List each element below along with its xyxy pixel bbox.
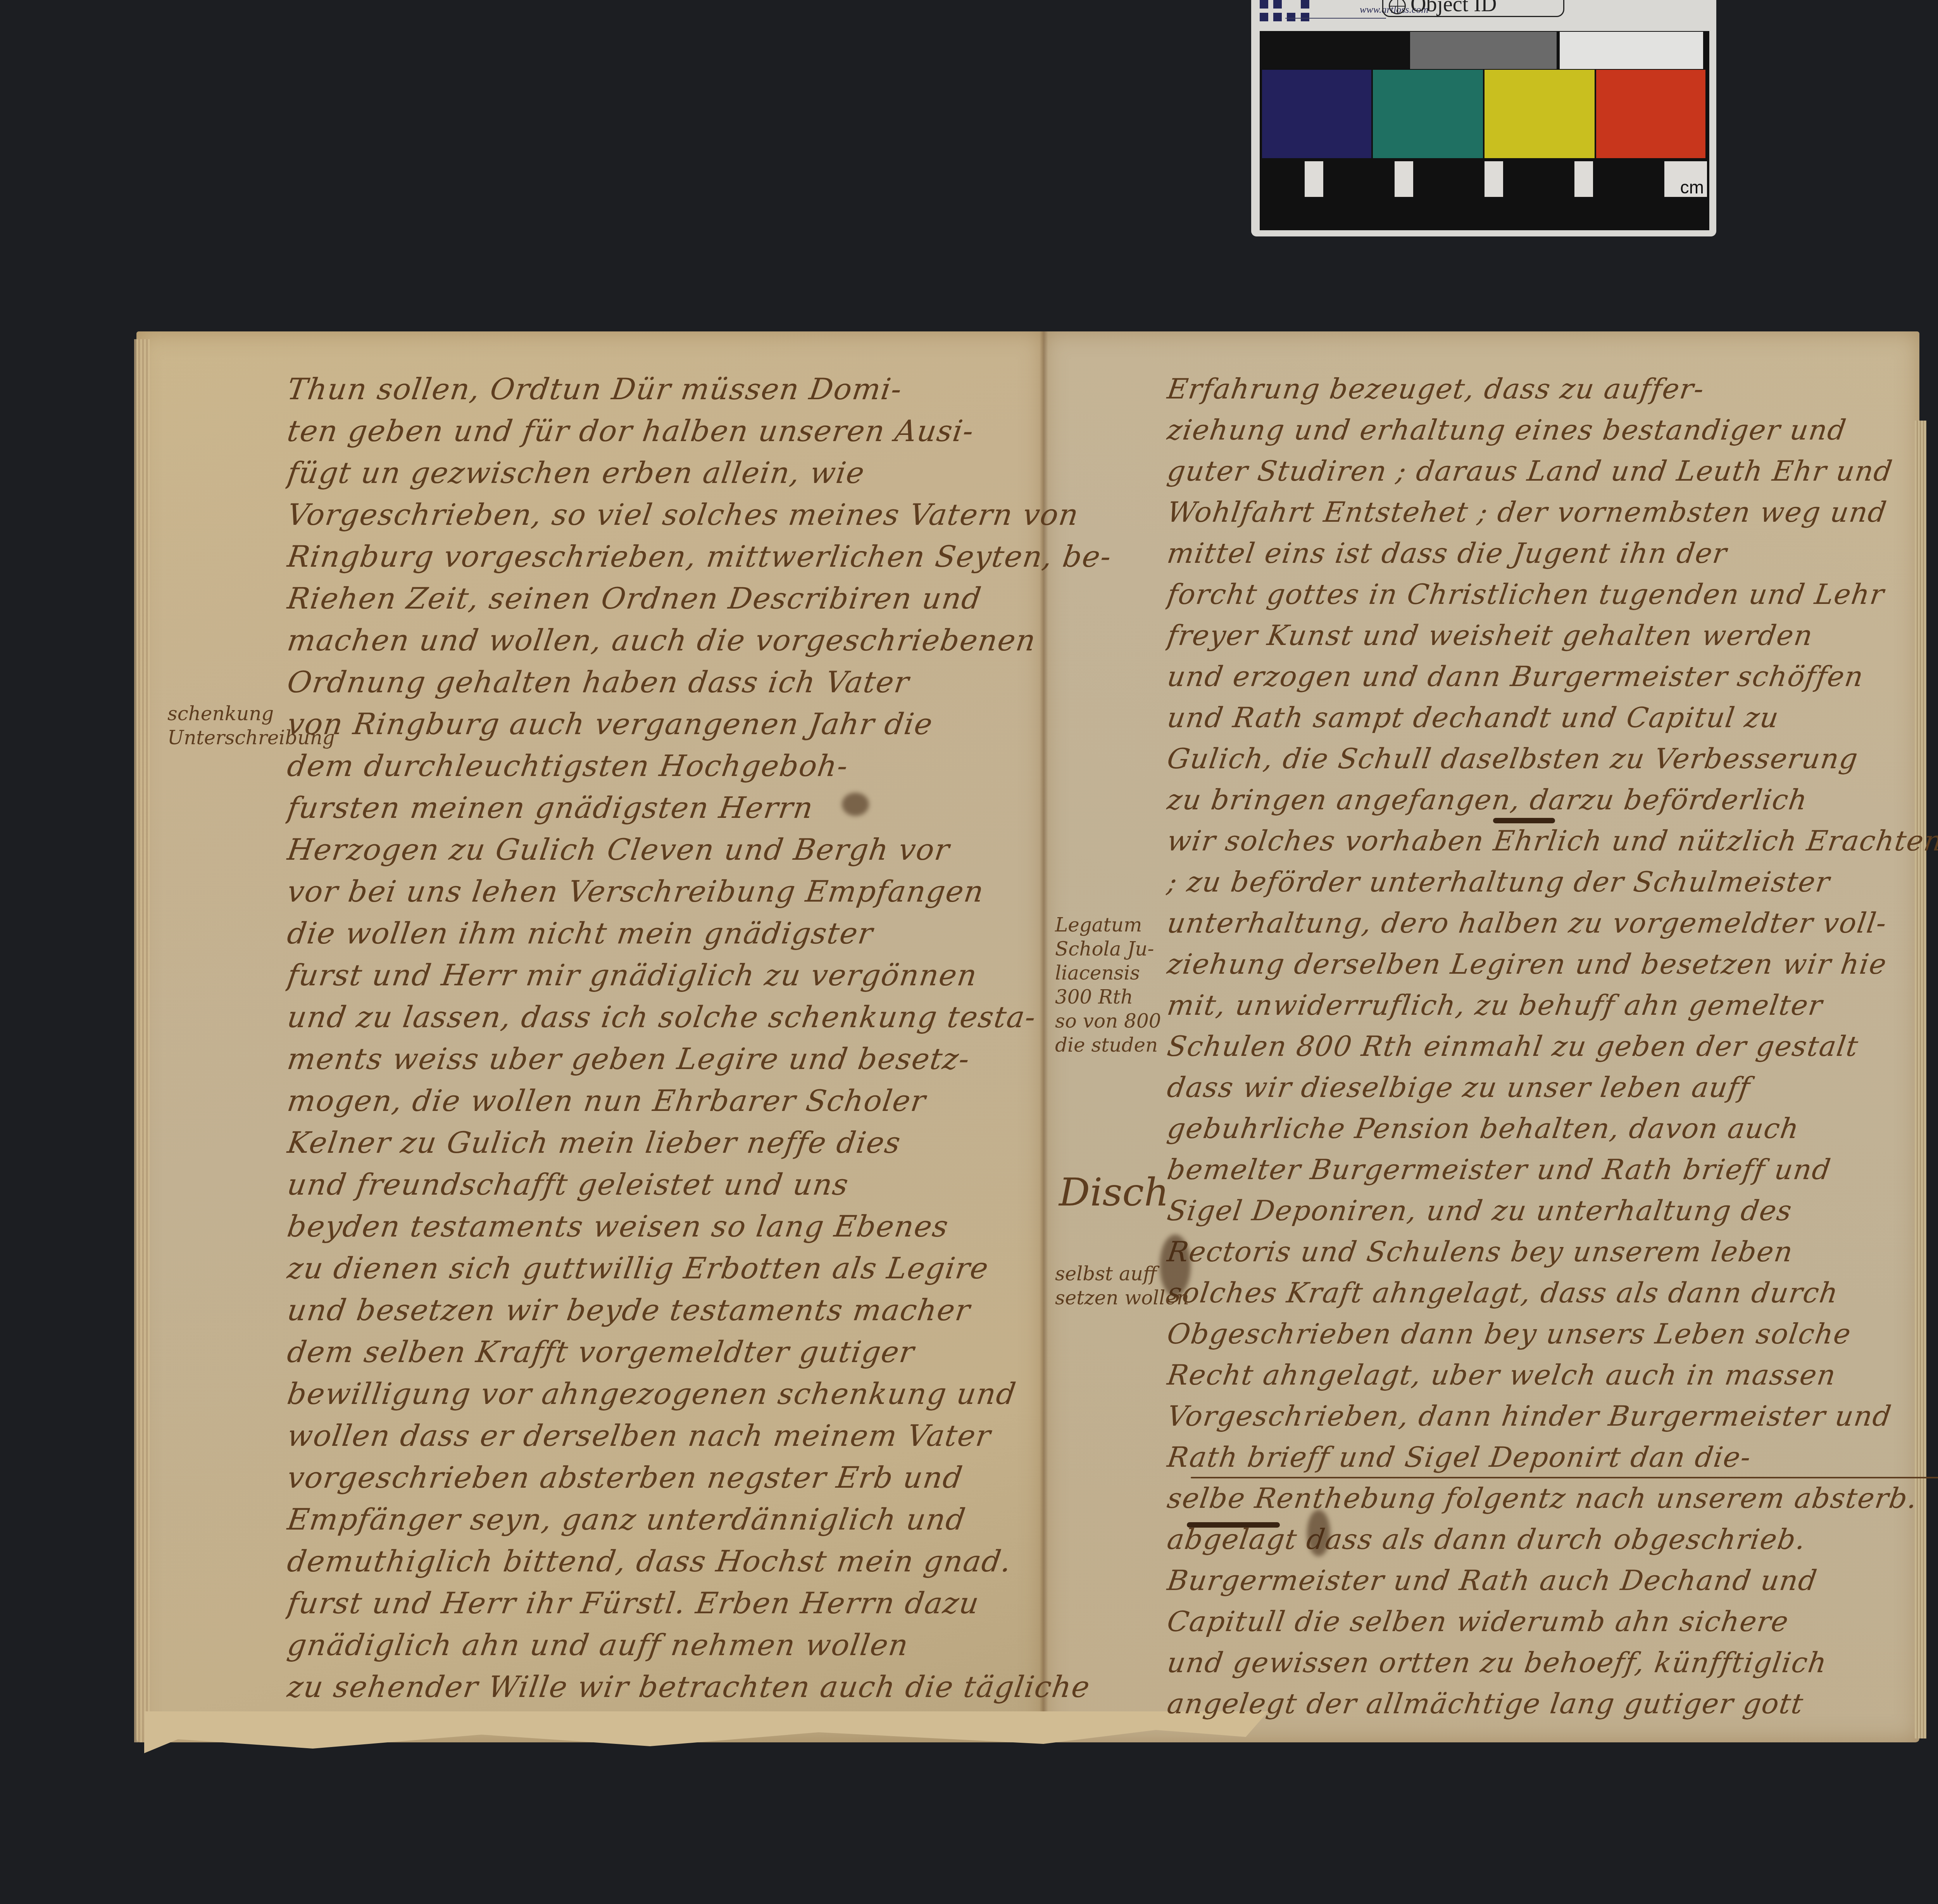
- manuscript-line: Rath brieff und Sigel Deponirt dan die-: [1165, 1437, 1938, 1478]
- manuscript-line: von Ringburg auch vergangenen Jahr die: [284, 703, 1155, 745]
- ink-blot: [1307, 1510, 1330, 1556]
- margin-note-left: schenkung Unterschreibung: [167, 702, 335, 750]
- manuscript-line: fursten meinen gnädigsten Herrn: [284, 787, 1155, 829]
- manuscript-line: abgelagt dass als dann durch obgeschrieb…: [1165, 1519, 1938, 1560]
- swatch-panel: cm: [1260, 31, 1709, 230]
- manuscript-line: angelegt der allmächtige lang gutiger go…: [1165, 1683, 1938, 1724]
- margin-note-disch: Disch: [1059, 1180, 1169, 1204]
- manuscript-line: dem selben Krafft vorgemeldter gutiger: [284, 1331, 1155, 1373]
- manuscript-line: dass wir dieselbige zu unser leben auff: [1165, 1067, 1938, 1108]
- manuscript-line: mogen, die wollen nun Ehrbarer Scholer: [284, 1080, 1155, 1122]
- manuscript-line: Wohlfahrt Entstehet ; der vornembsten we…: [1165, 492, 1938, 533]
- manuscript-line: Recht ahngelagt, uber welch auch in mass…: [1165, 1354, 1938, 1395]
- ink-blot: [842, 793, 869, 816]
- manuscript-line: ten geben und für dor halben unseren Aus…: [284, 410, 1155, 452]
- color-patches: [1262, 70, 1705, 158]
- black-patch: [1260, 32, 1410, 69]
- manuscript-line: Thun sollen, Ordtun Dür müssen Domi-: [284, 368, 1155, 410]
- card-logo-icon: [1260, 0, 1281, 20]
- blue-patch: [1262, 70, 1371, 158]
- manuscript-line: die wollen ihm nicht mein gnädigster: [284, 912, 1155, 954]
- manuscript-line: zu bringen angefangen, darzu beförderlic…: [1165, 779, 1938, 820]
- white-patch: [1560, 32, 1703, 69]
- red-patch: [1596, 70, 1705, 158]
- manuscript-line: ments weiss uber geben Legire und besetz…: [284, 1038, 1155, 1080]
- scale-tick: [1485, 161, 1503, 197]
- manuscript-line: machen und wollen, auch die vorgeschrieb…: [284, 619, 1155, 661]
- manuscript-line: guter Studiren ; daraus Land und Leuth E…: [1165, 450, 1938, 492]
- manuscript-line: zu sehender Wille wir betrachten auch di…: [284, 1666, 1155, 1708]
- manuscript-line: furst und Herr ihr Fürstl. Erben Herrn d…: [284, 1582, 1155, 1624]
- manuscript-line: Rectoris und Schulens bey unserem leben: [1165, 1231, 1938, 1272]
- left-page-text: Thun sollen, Ordtun Dür müssen Domi-ten …: [288, 368, 1152, 1708]
- scale-tick: [1395, 161, 1413, 197]
- manuscript-line: bewilligung vor ahngezogenen schenkung u…: [284, 1373, 1155, 1415]
- card-divider-line: [1285, 18, 1386, 19]
- manuscript-line: und erzogen und dann Burgermeister schöf…: [1165, 656, 1938, 697]
- yellow-patch: [1485, 70, 1595, 158]
- manuscript-line: Sigel Deponiren, und zu unterhaltung des: [1165, 1190, 1938, 1231]
- manuscript-line: ziehung derselben Legiren und besetzen w…: [1165, 943, 1938, 985]
- manuscript-line: Schulen 800 Rth einmahl zu geben der ges…: [1165, 1026, 1938, 1067]
- manuscript-line: ziehung und erhaltung eines bestandiger …: [1165, 409, 1938, 450]
- manuscript-line: furst und Herr mir gnädiglich zu vergönn…: [284, 954, 1155, 996]
- manuscript-line: und Rath sampt dechandt und Capitul zu: [1165, 697, 1938, 738]
- manuscript-line: Herzogen zu Gulich Cleven und Bergh vor: [284, 829, 1155, 871]
- manuscript-line: freyer Kunst und weisheit gehalten werde…: [1165, 615, 1938, 656]
- manuscript-line: und besetzen wir beyde testaments macher: [284, 1289, 1155, 1331]
- manuscript-line: Erfahrung bezeuget, dass zu auffer-: [1165, 368, 1938, 409]
- manuscript-line: Vorgeschrieben, so viel solches meines V…: [284, 494, 1155, 536]
- gray-patch: [1410, 32, 1557, 69]
- manuscript-line: gnädiglich ahn und auff nehmen wollen: [284, 1624, 1155, 1666]
- manuscript-line: Vorgeschrieben, dann hinder Burgermeiste…: [1165, 1395, 1938, 1437]
- scale-tick: [1574, 161, 1593, 197]
- manuscript-line: beyden testaments weisen so lang Ebenes: [284, 1206, 1155, 1247]
- manuscript-line: Obgeschrieben dann bey unsers Leben solc…: [1165, 1313, 1938, 1354]
- card-brand: Object ID: [1382, 0, 1564, 17]
- manuscript-line: bemelter Burgermeister und Rath brieff u…: [1165, 1149, 1938, 1190]
- manuscript-line: gebuhrliche Pension behalten, davon auch: [1165, 1108, 1938, 1149]
- strikethrough: [1493, 818, 1555, 823]
- manuscript-line: Ringburg vorgeschrieben, mittwerlichen S…: [284, 536, 1155, 578]
- manuscript-line: Kelner zu Gulich mein lieber neffe dies: [284, 1122, 1155, 1164]
- manuscript-line: fügt un gezwischen erben allein, wie: [284, 452, 1155, 494]
- manuscript-line: vorgeschrieben absterben negster Erb und: [284, 1457, 1155, 1499]
- cm-scale: cm: [1260, 159, 1709, 228]
- ink-blot: [1160, 1235, 1191, 1297]
- manuscript-line: und freundschafft geleistet und uns: [284, 1164, 1155, 1206]
- manuscript-line: Empfänger seyn, ganz unterdänniglich und: [284, 1499, 1155, 1540]
- manuscript-line: mit, unwiderruflich, zu behuff ahn gemel…: [1165, 985, 1938, 1026]
- scale-tick: [1305, 161, 1323, 197]
- manuscript-line: selbe Renthebung folgentz nach unserem a…: [1165, 1478, 1938, 1519]
- page-edges: [134, 339, 150, 1742]
- manuscript-line: Capitull die selben widerumb ahn sichere: [1165, 1601, 1938, 1642]
- manuscript-line: zu dienen sich guttwillig Erbotten als L…: [284, 1247, 1155, 1289]
- manuscript-line: wollen dass er derselben nach meinem Vat…: [284, 1415, 1155, 1457]
- right-page-text: Erfahrung bezeuget, dass zu auffer-ziehu…: [1167, 368, 1938, 1724]
- gray-patches: [1260, 32, 1709, 69]
- manuscript-line: mittel eins ist dass die Jugent ihn der: [1165, 533, 1938, 574]
- manuscript-line: und zu lassen, dass ich solche schenkung…: [284, 996, 1155, 1038]
- color-calibration-card: www.artloss.com Object ID cm: [1251, 0, 1716, 236]
- manuscript-line: wir solches vorhaben Ehrlich und nützlic…: [1165, 820, 1938, 861]
- green-patch: [1373, 70, 1483, 158]
- strikethrough: [1191, 1477, 1938, 1478]
- manuscript-line: und gewissen ortten zu behoeff, künfftig…: [1165, 1642, 1938, 1683]
- manuscript-line: Ordnung gehalten haben dass ich Vater: [284, 661, 1155, 703]
- manuscript-line: Burgermeister und Rath auch Dechand und: [1165, 1560, 1938, 1601]
- scale-tick: cm: [1664, 161, 1707, 197]
- manuscript-line: Gulich, die Schull daselbsten zu Verbess…: [1165, 738, 1938, 779]
- manuscript-line: Riehen Zeit, seinen Ordnen Describiren u…: [284, 578, 1155, 619]
- card-brand-label: Object ID: [1410, 0, 1497, 16]
- manuscript-line: demuthiglich bittend, dass Hochst mein g…: [284, 1540, 1155, 1582]
- strikethrough: [1187, 1522, 1280, 1528]
- manuscript-line: vor bei uns lehen Verschreibung Empfange…: [284, 871, 1155, 912]
- margin-note-legatum: Legatum Schola Ju- liacensis 300 Rth so …: [1055, 913, 1161, 1057]
- cm-label: cm: [1680, 177, 1704, 198]
- globe-icon: [1389, 0, 1406, 14]
- manuscript-line: dem durchleuchtigsten Hochgeboh-: [284, 745, 1155, 787]
- manuscript-spread: Thun sollen, Ordtun Dür müssen Domi-ten …: [136, 331, 1919, 1758]
- manuscript-line: ; zu beförder unterhaltung der Schulmeis…: [1165, 861, 1938, 902]
- manuscript-line: solches Kraft ahngelagt, dass als dann d…: [1165, 1272, 1938, 1313]
- torn-page-edge: [144, 1711, 1268, 1758]
- manuscript-line: unterhaltung, dero halben zu vorgemeldte…: [1165, 902, 1938, 943]
- manuscript-line: forcht gottes in Christlichen tugenden u…: [1165, 574, 1938, 615]
